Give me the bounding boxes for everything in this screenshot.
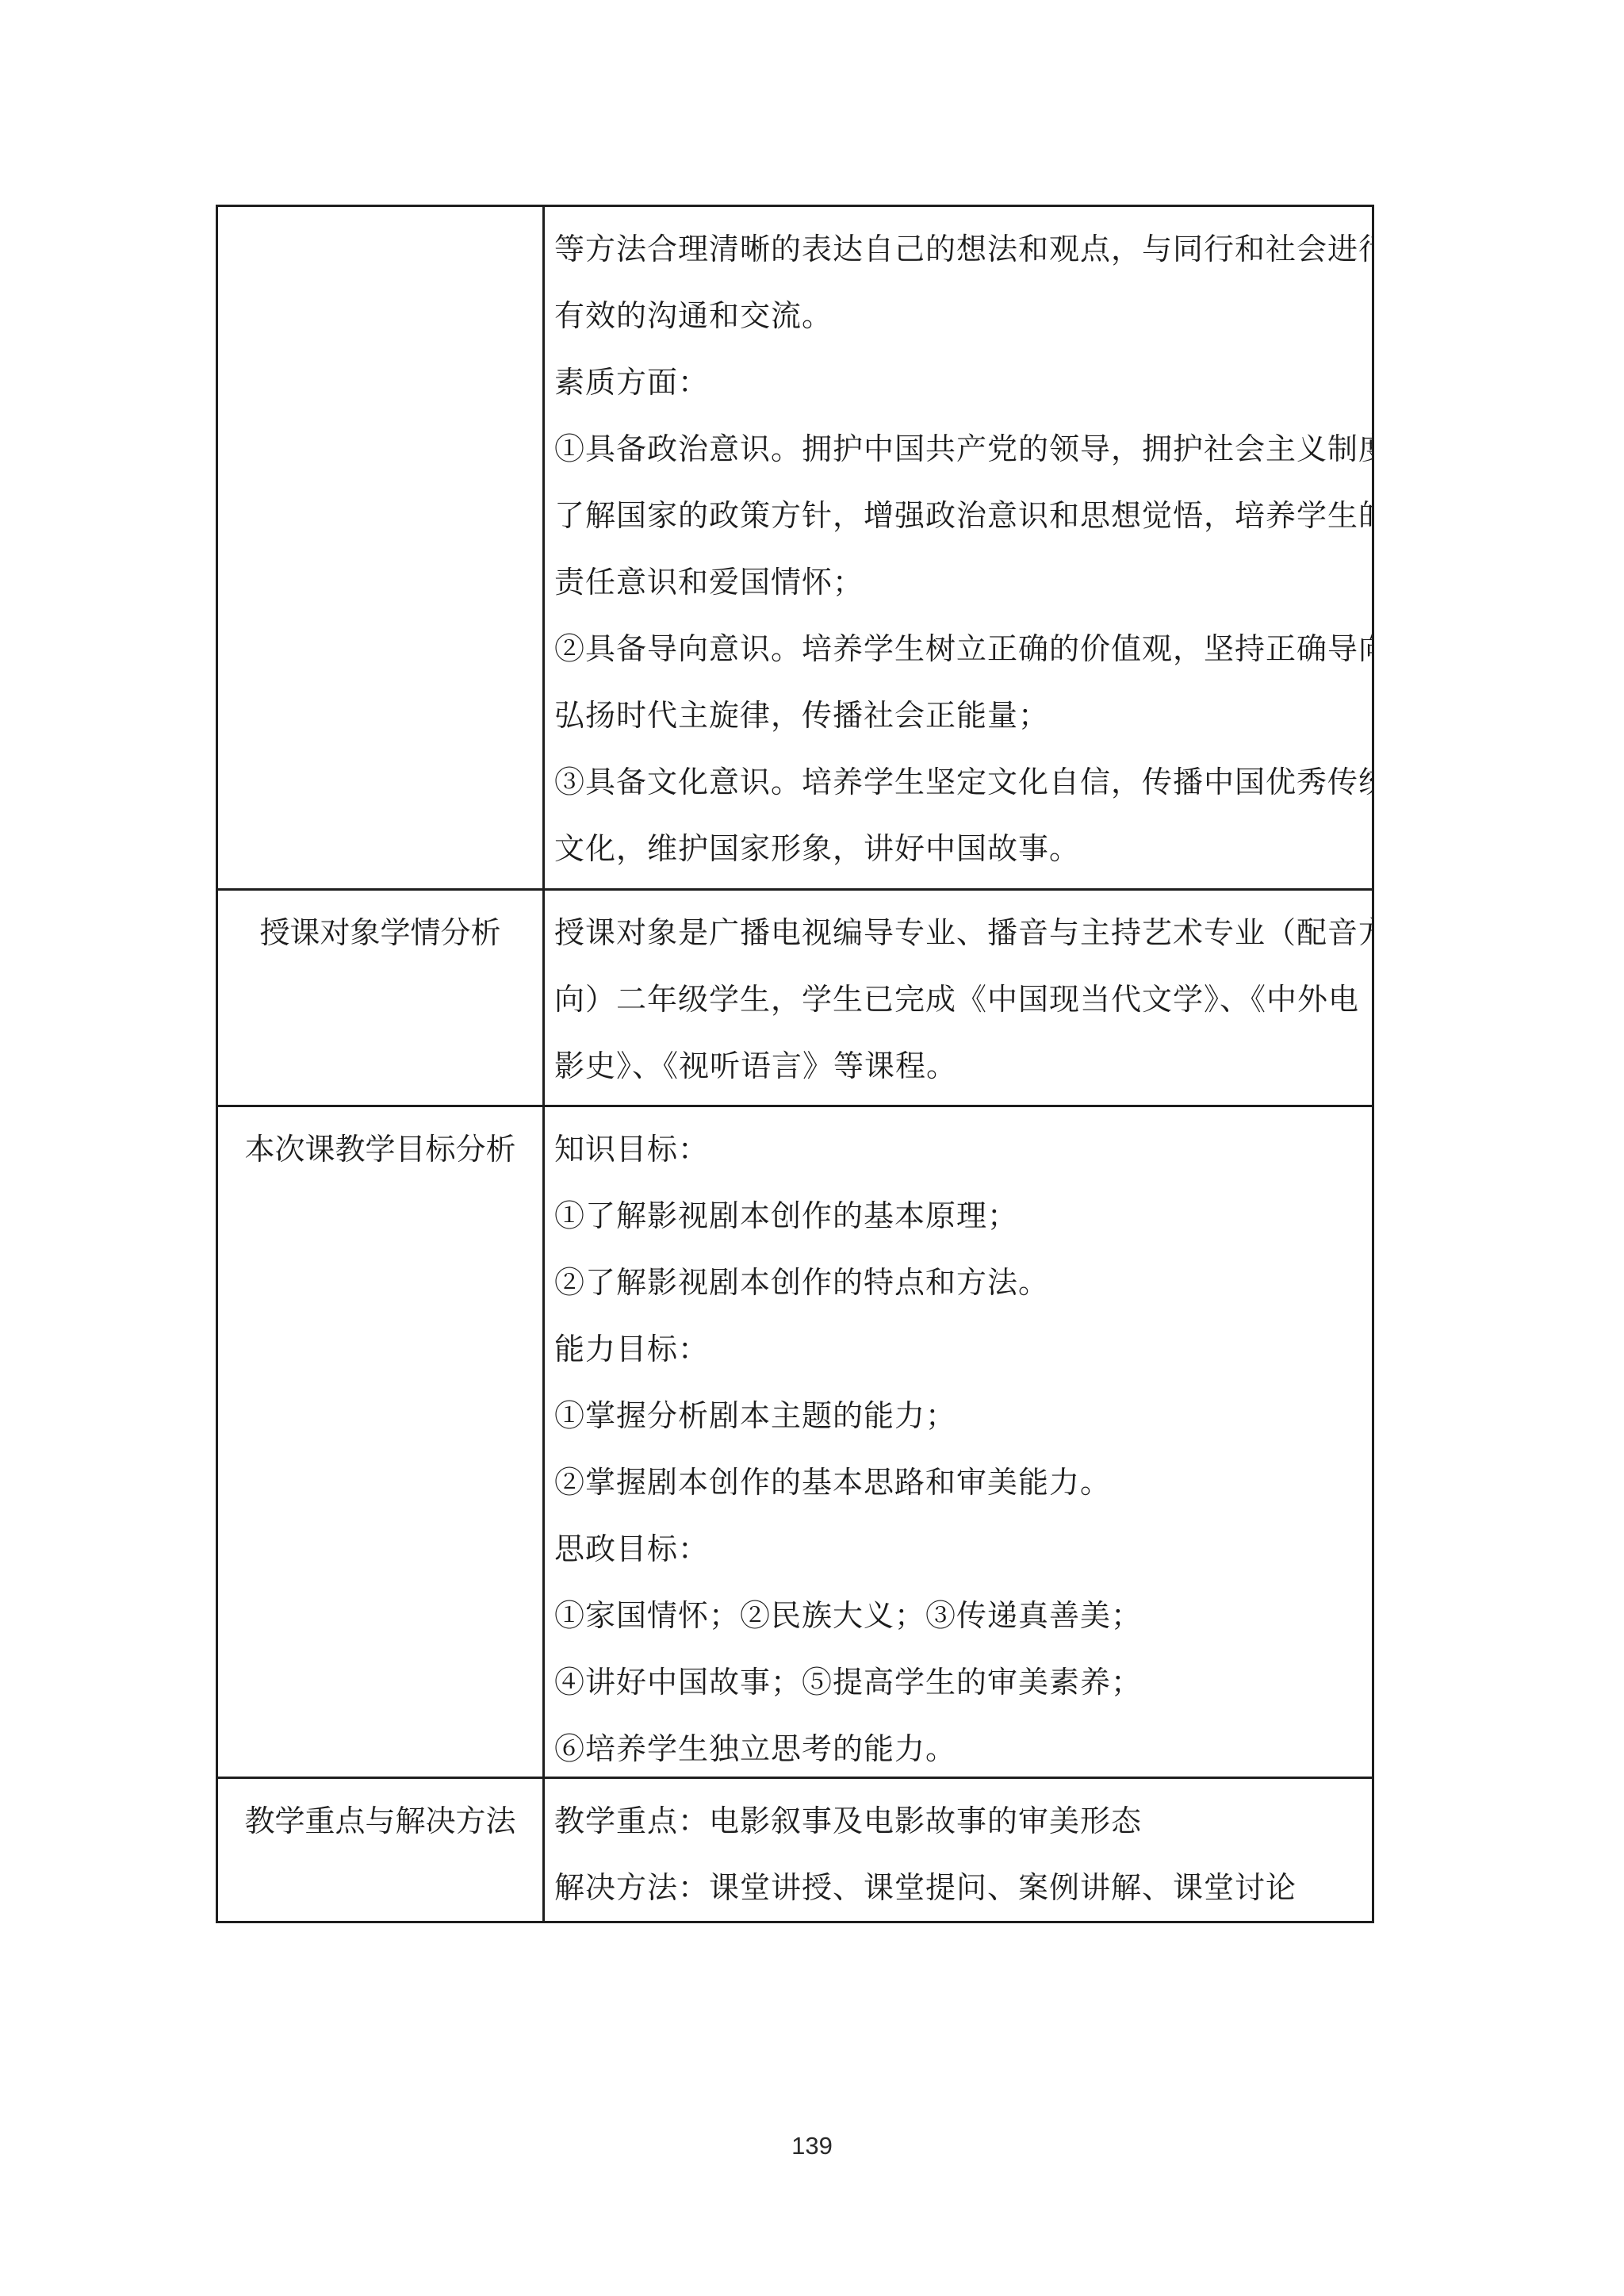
text-line: 弘扬时代主旋律，传播社会正能量；	[554, 683, 1361, 749]
text-line: 能力目标：	[554, 1317, 1361, 1383]
text-line: ①掌握分析剧本主题的能力；	[554, 1383, 1361, 1450]
text-line: 解决方法：课堂讲授、课堂提问、案例讲解、课堂讨论	[554, 1855, 1361, 1921]
text-line: 向）二年级学生，学生已完成《中国现当代文学》、《中外电	[554, 967, 1361, 1033]
row-content-key-points-methods: 教学重点：电影叙事及电影故事的审美形态 解决方法：课堂讲授、课堂提问、案例讲解、…	[545, 1779, 1372, 1921]
text-line: 文化，维护国家形象，讲好中国故事。	[554, 816, 1361, 883]
row-label-audience-analysis: 授课对象学情分析	[218, 891, 545, 1107]
row-content-audience-analysis: 授课对象是广播电视编导专业、播音与主持艺术专业（配音方 向）二年级学生，学生已完…	[545, 891, 1372, 1107]
text-line: 影史》、《视听语言》等课程。	[554, 1033, 1361, 1100]
text-line: 有效的沟通和交流。	[554, 283, 1361, 350]
text-line: ②了解影视剧本创作的特点和方法。	[554, 1250, 1361, 1317]
text-line: 素质方面：	[554, 350, 1361, 416]
text-line: ①家国情怀；②民族大义；③传递真善美；	[554, 1583, 1361, 1650]
row-content-teaching-objectives: 知识目标： ①了解影视剧本创作的基本原理； ②了解影视剧本创作的特点和方法。 能…	[545, 1107, 1372, 1779]
text-line: ①具备政治意识。拥护中国共产党的领导，拥护社会主义制度，	[554, 416, 1361, 483]
text-line: 思政目标：	[554, 1516, 1361, 1583]
text-line: 责任意识和爱国情怀；	[554, 550, 1361, 616]
text-line: 授课对象是广播电视编导专业、播音与主持艺术专业（配音方	[554, 900, 1361, 967]
text-line: 等方法合理清晰的表达自己的想法和观点，与同行和社会进行	[554, 217, 1361, 283]
text-line: ②具备导向意识。培养学生树立正确的价值观，坚持正确导向，	[554, 616, 1361, 683]
text-line: ③具备文化意识。培养学生坚定文化自信，传播中国优秀传统	[554, 749, 1361, 816]
text-line: ④讲好中国故事；⑤提高学生的审美素养；	[554, 1650, 1361, 1716]
lesson-plan-table: 等方法合理清晰的表达自己的想法和观点，与同行和社会进行 有效的沟通和交流。 素质…	[216, 205, 1374, 1923]
text-line: 教学重点：电影叙事及电影故事的审美形态	[554, 1788, 1361, 1855]
row-content-continuation: 等方法合理清晰的表达自己的想法和观点，与同行和社会进行 有效的沟通和交流。 素质…	[545, 207, 1372, 891]
text-line: ②掌握剧本创作的基本思路和审美能力。	[554, 1450, 1361, 1516]
text-line: ①了解影视剧本创作的基本原理；	[554, 1183, 1361, 1250]
text-line: 了解国家的政策方针，增强政治意识和思想觉悟，培养学生的	[554, 483, 1361, 550]
text-line: 知识目标：	[554, 1117, 1361, 1183]
document-page: 等方法合理清晰的表达自己的想法和观点，与同行和社会进行 有效的沟通和交流。 素质…	[0, 0, 1624, 2296]
page-number: 139	[0, 2132, 1624, 2160]
row-label-teaching-objectives: 本次课教学目标分析	[218, 1107, 545, 1779]
row-label-key-points-methods: 教学重点与解决方法	[218, 1779, 545, 1921]
text-line: ⑥培养学生独立思考的能力。	[554, 1716, 1361, 1779]
row-label-continuation	[218, 207, 545, 891]
